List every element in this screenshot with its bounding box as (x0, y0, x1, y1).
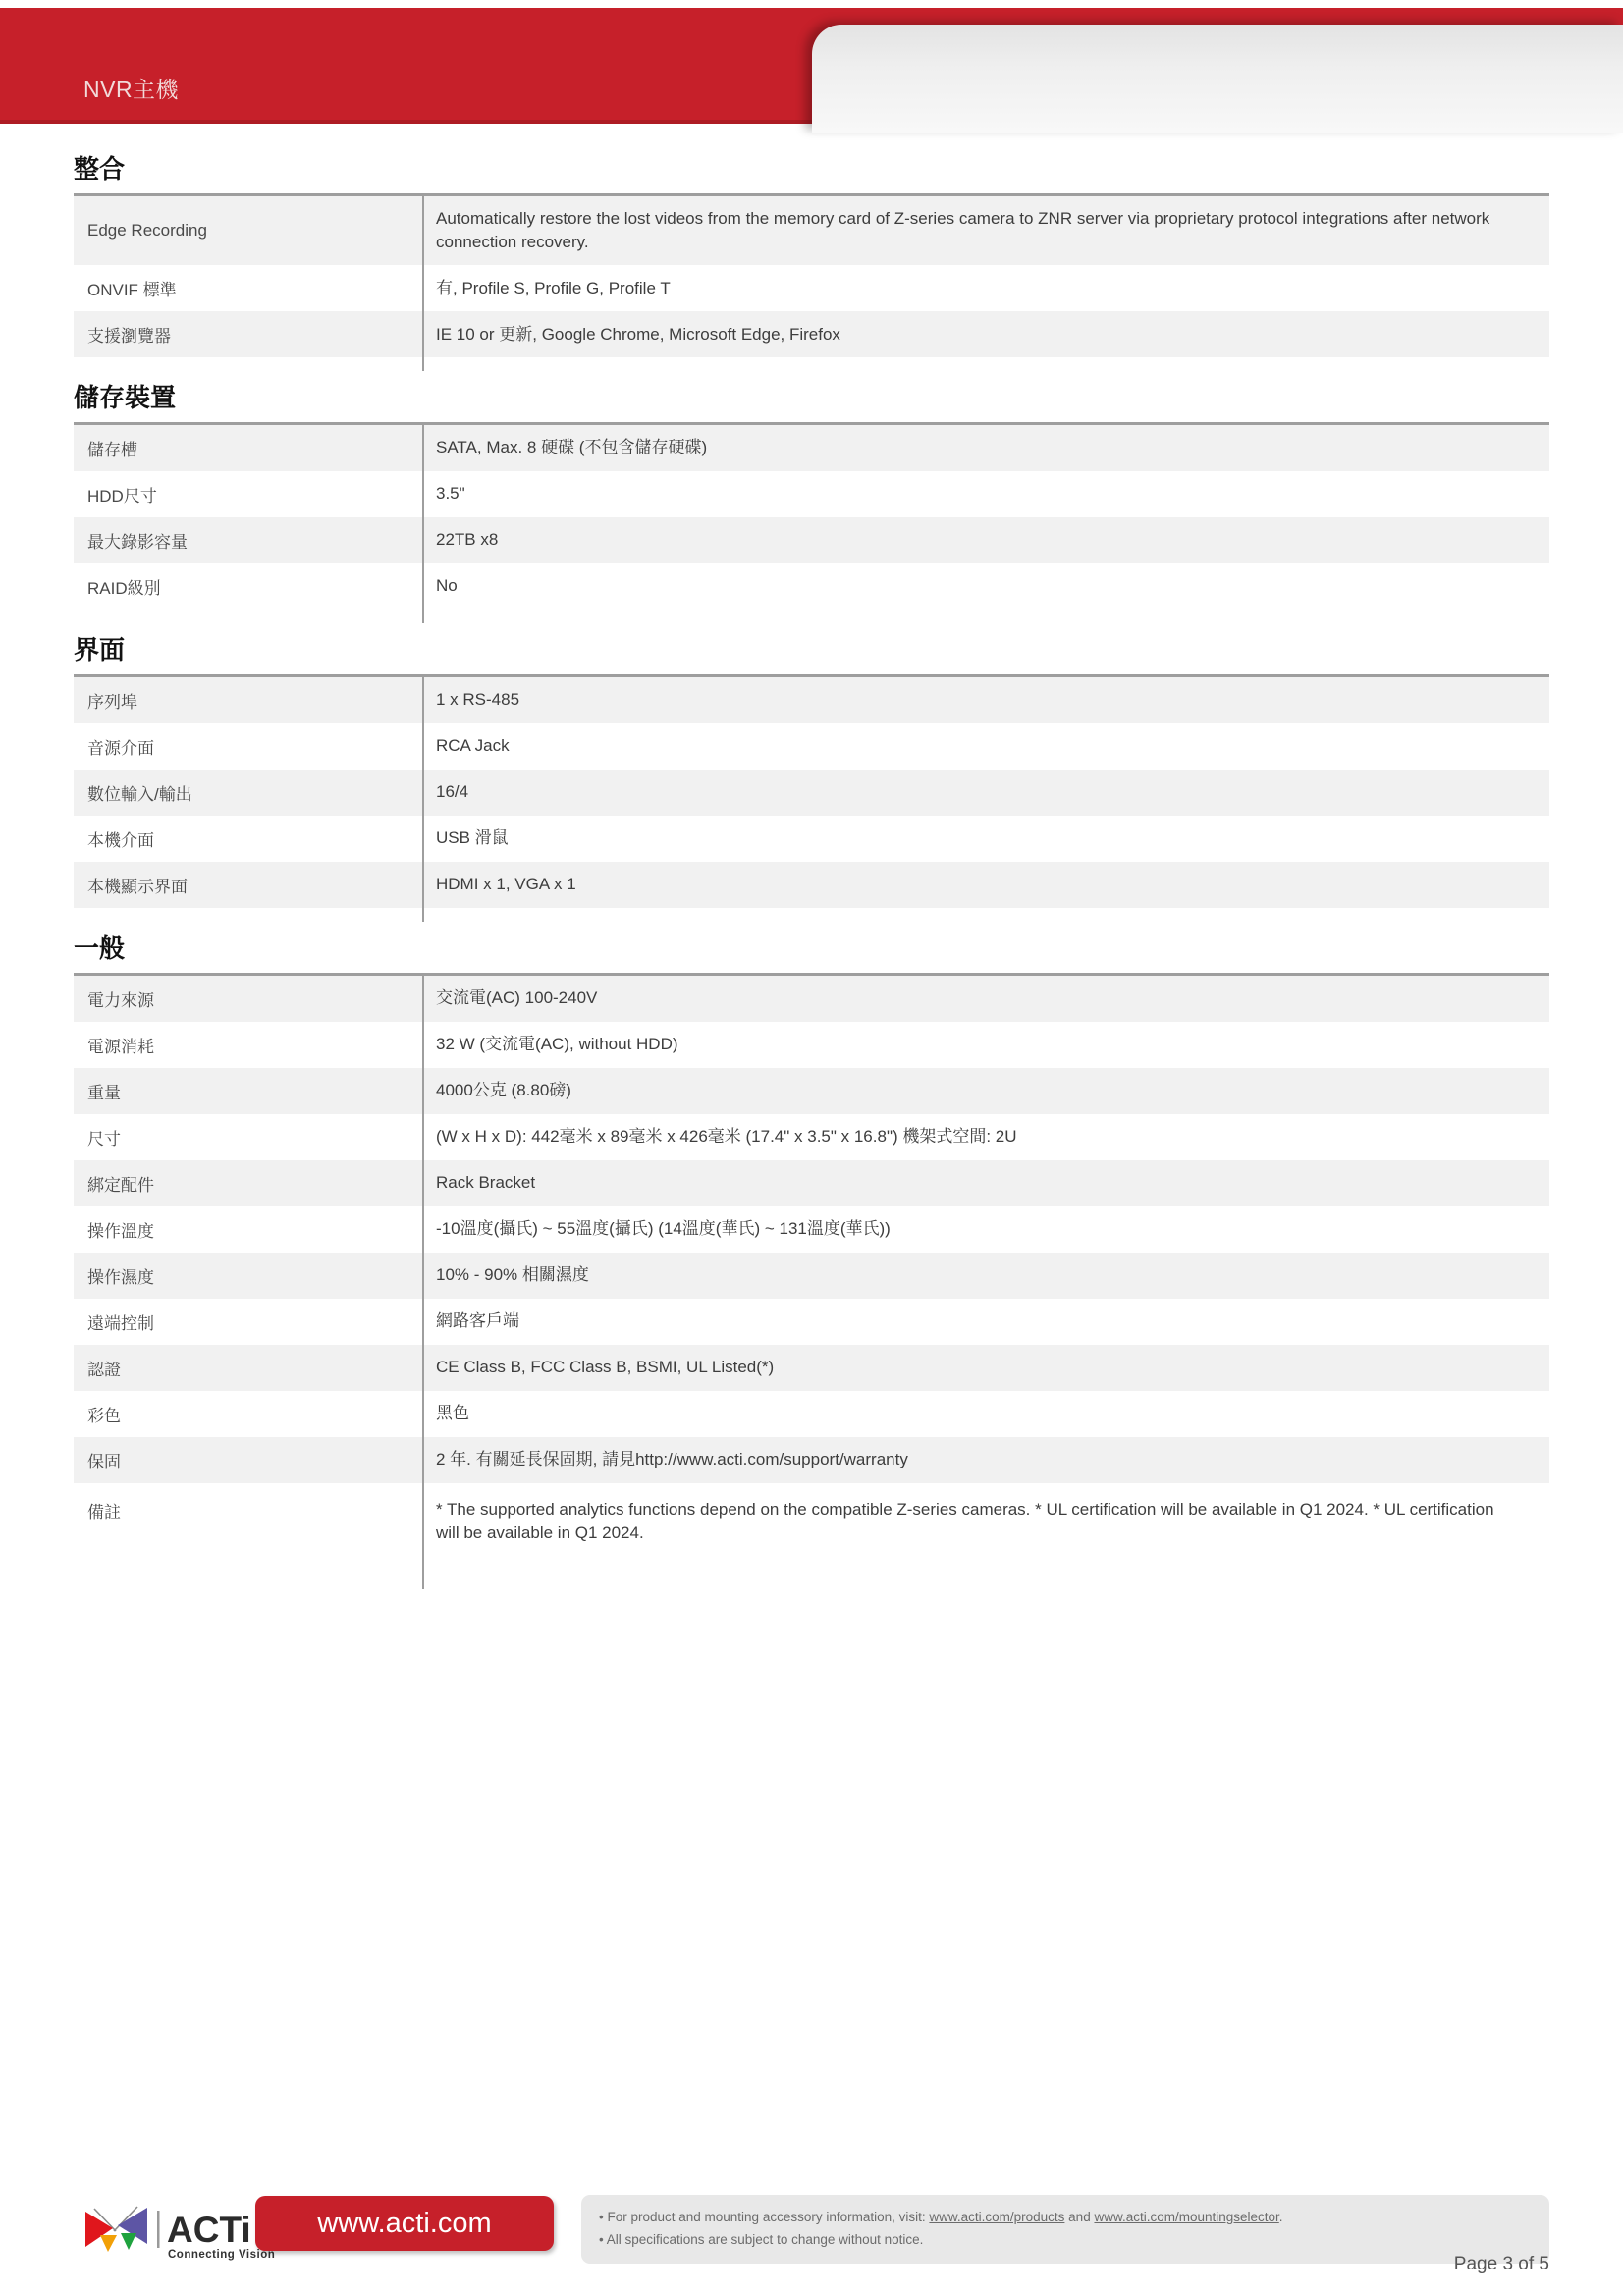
spec-row: 綁定配件 Rack Bracket (74, 1160, 1549, 1206)
spec-row: 電源消耗 32 W (交流電(AC), without HDD) (74, 1022, 1549, 1068)
spec-label: Edge Recording (74, 196, 422, 265)
section-interface: 界面 序列埠 1 x RS-485 音源介面 RCA Jack 數位輸入/輸出 … (74, 636, 1549, 908)
spec-value: USB 滑鼠 (422, 816, 1549, 862)
spec-value: 3.5" (422, 471, 1549, 517)
spec-row: 操作濕度 10% - 90% 相關濕度 (74, 1253, 1549, 1299)
spec-row: 支援瀏覽器 IE 10 or 更新, Google Chrome, Micros… (74, 311, 1549, 357)
spec-sheet-page: NVR主機 整合 Edge Recording Automatically re… (0, 0, 1623, 2296)
section-storage: 儲存裝置 儲存槽 SATA, Max. 8 硬碟 (不包含儲存硬碟) HDD尺寸… (74, 384, 1549, 610)
spec-value: 32 W (交流電(AC), without HDD) (422, 1022, 1549, 1068)
spec-value: 10% - 90% 相關濕度 (422, 1253, 1549, 1299)
footer-note1-prefix: • For product and mounting accessory inf… (599, 2210, 929, 2224)
page-title: NVR主機 (83, 72, 179, 104)
footer-note-2: • All specifications are subject to chan… (599, 2229, 1532, 2252)
spec-row: 彩色 黑色 (74, 1391, 1549, 1437)
spec-value: 交流電(AC) 100-240V (422, 976, 1549, 1022)
spec-row: 本機介面 USB 滑鼠 (74, 816, 1549, 862)
spec-label: 數位輸入/輸出 (74, 770, 422, 816)
spec-table: 電力來源 交流電(AC) 100-240V 電源消耗 32 W (交流電(AC)… (74, 973, 1549, 1575)
spec-row: HDD尺寸 3.5" (74, 471, 1549, 517)
spec-label: 電力來源 (74, 976, 422, 1022)
logo-separator (157, 2211, 160, 2248)
spec-value: 1 x RS-485 (422, 677, 1549, 723)
spec-value: 有, Profile S, Profile G, Profile T (422, 265, 1549, 311)
website-button[interactable]: www.acti.com (255, 2196, 554, 2251)
spec-row: 音源介面 RCA Jack (74, 723, 1549, 770)
spec-table: Edge Recording Automatically restore the… (74, 193, 1549, 357)
spec-row: RAID級別 No (74, 563, 1549, 610)
spec-value: IE 10 or 更新, Google Chrome, Microsoft Ed… (422, 311, 1549, 357)
spec-row: 序列埠 1 x RS-485 (74, 677, 1549, 723)
spec-label: 尺寸 (74, 1114, 422, 1160)
spec-value: Automatically restore the lost videos fr… (422, 196, 1549, 265)
spec-label: 保固 (74, 1437, 422, 1483)
spec-row: 保固 2 年. 有關延長保固期, 請見http://www.acti.com/s… (74, 1437, 1549, 1483)
spec-value: (W x H x D): 442毫米 x 89毫米 x 426毫米 (17.4"… (422, 1114, 1549, 1160)
spec-label: 彩色 (74, 1391, 422, 1437)
spec-value: -10溫度(攝氏) ~ 55溫度(攝氏) (14溫度(華氏) ~ 131溫度(華… (422, 1206, 1549, 1253)
section-title: 儲存裝置 (74, 384, 1549, 413)
spec-label: 最大錄影容量 (74, 517, 422, 563)
spec-row: Edge Recording Automatically restore the… (74, 196, 1549, 265)
spec-table: 序列埠 1 x RS-485 音源介面 RCA Jack 數位輸入/輸出 16/… (74, 674, 1549, 908)
spec-row: 認證 CE Class B, FCC Class B, BSMI, UL Lis… (74, 1345, 1549, 1391)
spec-label: 儲存槽 (74, 425, 422, 471)
spec-row: 儲存槽 SATA, Max. 8 硬碟 (不包含儲存硬碟) (74, 425, 1549, 471)
spec-content: 整合 Edge Recording Automatically restore … (74, 155, 1549, 1602)
mountingselector-link[interactable]: www.acti.com/mountingselector (1094, 2210, 1278, 2224)
spec-label: 綁定配件 (74, 1160, 422, 1206)
acti-butterfly-icon (85, 2207, 147, 2252)
spec-label: HDD尺寸 (74, 471, 422, 517)
footer-note-1: • For product and mounting accessory inf… (599, 2207, 1532, 2229)
spec-value: Rack Bracket (422, 1160, 1549, 1206)
spec-label: 序列埠 (74, 677, 422, 723)
spec-row: 遠端控制 網路客戶端 (74, 1299, 1549, 1345)
spec-row: 本機顯示界面 HDMI x 1, VGA x 1 (74, 862, 1549, 908)
section-title: 一般 (74, 934, 1549, 964)
section-title: 整合 (74, 155, 1549, 185)
spec-value: * The supported analytics functions depe… (422, 1483, 1549, 1575)
spec-label: 操作溫度 (74, 1206, 422, 1253)
spec-label: ONVIF 標準 (74, 265, 422, 311)
logo-brand-text: ACTi (167, 2210, 251, 2250)
spec-value: 網路客戶端 (422, 1299, 1549, 1345)
spec-row: 數位輸入/輸出 16/4 (74, 770, 1549, 816)
spec-label: 備註 (74, 1483, 422, 1575)
products-link[interactable]: www.acti.com/products (929, 2210, 1064, 2224)
spec-label: 認證 (74, 1345, 422, 1391)
spec-row: 操作溫度 -10溫度(攝氏) ~ 55溫度(攝氏) (14溫度(華氏) ~ 13… (74, 1206, 1549, 1253)
spec-row: 電力來源 交流電(AC) 100-240V (74, 976, 1549, 1022)
spec-row: ONVIF 標準 有, Profile S, Profile G, Profil… (74, 265, 1549, 311)
spec-label: RAID級別 (74, 563, 422, 610)
footer-info-box: • For product and mounting accessory inf… (581, 2195, 1549, 2264)
spec-label: 本機介面 (74, 816, 422, 862)
section-general: 一般 電力來源 交流電(AC) 100-240V 電源消耗 32 W (交流電(… (74, 934, 1549, 1575)
spec-value: SATA, Max. 8 硬碟 (不包含儲存硬碟) (422, 425, 1549, 471)
spec-value: 2 年. 有關延長保固期, 請見http://www.acti.com/supp… (422, 1437, 1549, 1483)
spec-label: 重量 (74, 1068, 422, 1114)
spec-value: RCA Jack (422, 723, 1549, 770)
spec-value: HDMI x 1, VGA x 1 (422, 862, 1549, 908)
logo-tagline: Connecting Vision (168, 2249, 275, 2261)
spec-value: 4000公克 (8.80磅) (422, 1068, 1549, 1114)
page-indicator: Page 3 of 5 (1454, 2254, 1549, 2275)
spec-label: 本機顯示界面 (74, 862, 422, 908)
spec-value: 黑色 (422, 1391, 1549, 1437)
footer-note1-mid: and (1064, 2210, 1094, 2224)
spec-value: 22TB x8 (422, 517, 1549, 563)
spec-value: CE Class B, FCC Class B, BSMI, UL Listed… (422, 1345, 1549, 1391)
spec-table: 儲存槽 SATA, Max. 8 硬碟 (不包含儲存硬碟) HDD尺寸 3.5"… (74, 422, 1549, 610)
spec-label: 操作濕度 (74, 1253, 422, 1299)
spec-row: 尺寸 (W x H x D): 442毫米 x 89毫米 x 426毫米 (17… (74, 1114, 1549, 1160)
spec-row-remarks: 備註 * The supported analytics functions d… (74, 1483, 1549, 1575)
spec-label: 電源消耗 (74, 1022, 422, 1068)
spec-row: 重量 4000公克 (8.80磅) (74, 1068, 1549, 1114)
spec-value: No (422, 563, 1549, 610)
spec-row: 最大錄影容量 22TB x8 (74, 517, 1549, 563)
footer-note1-suffix: . (1279, 2210, 1283, 2224)
spec-value: 16/4 (422, 770, 1549, 816)
header-corner-panel (812, 25, 1623, 133)
spec-label: 音源介面 (74, 723, 422, 770)
spec-label: 支援瀏覽器 (74, 311, 422, 357)
section-integration: 整合 Edge Recording Automatically restore … (74, 155, 1549, 357)
spec-label: 遠端控制 (74, 1299, 422, 1345)
section-title: 界面 (74, 636, 1549, 666)
